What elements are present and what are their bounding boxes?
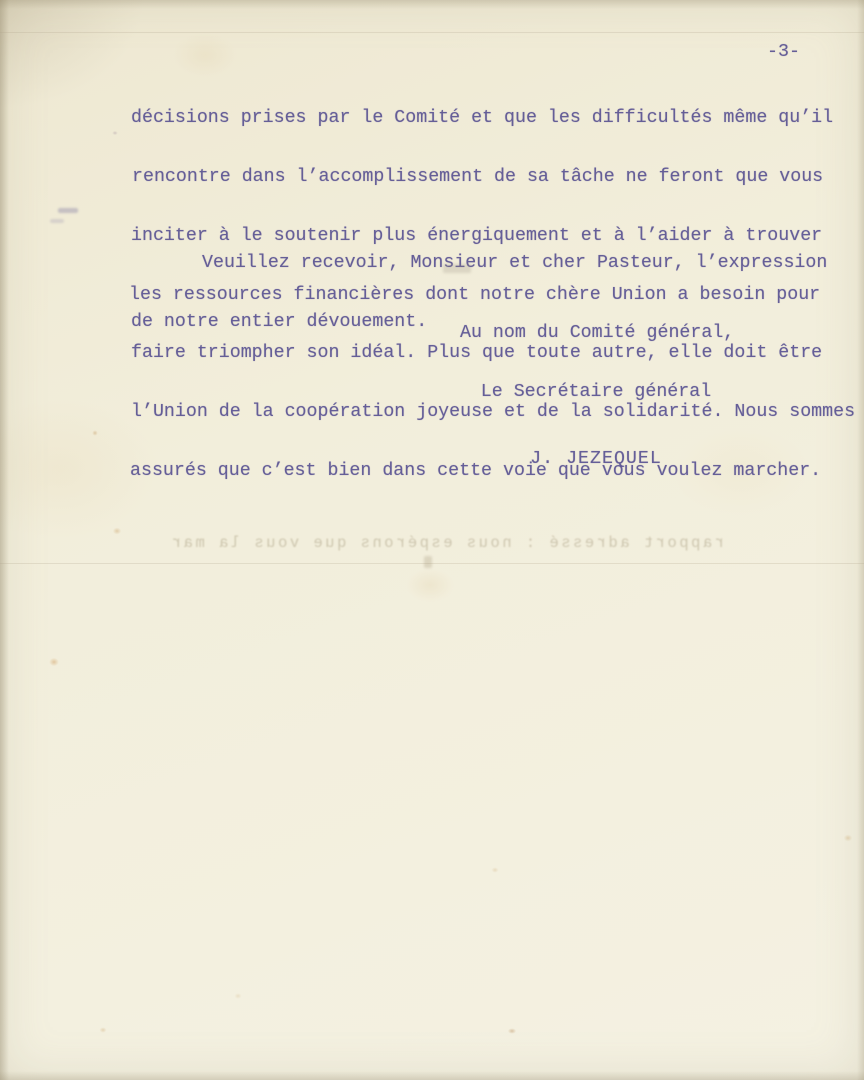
bleedthrough-mark bbox=[424, 556, 432, 568]
bleedthrough-text: rapport adressé : nous espérons que vous… bbox=[48, 534, 724, 552]
page-number: -3- bbox=[767, 43, 800, 63]
paper-crease bbox=[0, 563, 864, 564]
letter-line: rencontre dans l’accomplissement de sa t… bbox=[132, 168, 855, 188]
paper-crease bbox=[0, 32, 864, 33]
signature-role-line: Au nom du Comité général, bbox=[460, 324, 732, 344]
ink-smudge bbox=[443, 264, 471, 273]
ink-smudge bbox=[58, 208, 78, 213]
signature-role-line: Le Secrétaire général bbox=[460, 383, 732, 403]
letter-line: Veuillez recevoir, Monsieur et cher Past… bbox=[131, 254, 827, 274]
ink-smudge bbox=[50, 219, 64, 223]
signature-block: Au nom du Comité général, Le Secrétaire … bbox=[460, 285, 732, 509]
scanned-letter-page: -3- décisions prises par le Comité et qu… bbox=[0, 0, 864, 1080]
letter-line: décisions prises par le Comité et que le… bbox=[131, 109, 855, 129]
signature-name: J. JEZEQUEL bbox=[460, 450, 732, 470]
